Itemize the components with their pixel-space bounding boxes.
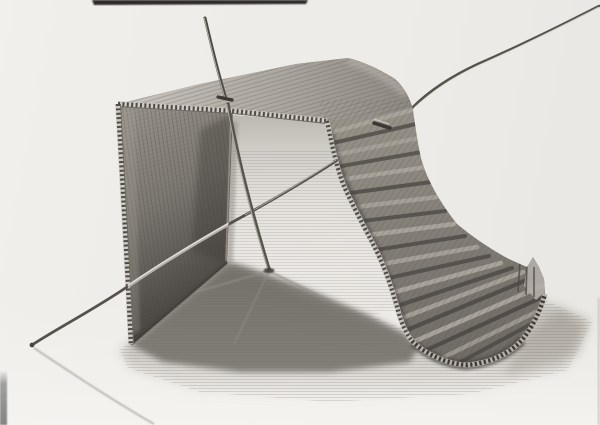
photo-of-pencil-drawing — [0, 0, 600, 425]
left-edge-gray-sliver — [0, 370, 7, 425]
short-rod-foot-contact — [264, 268, 275, 273]
drawing-canvas — [0, 0, 600, 425]
long-rod-tip — [30, 343, 35, 348]
